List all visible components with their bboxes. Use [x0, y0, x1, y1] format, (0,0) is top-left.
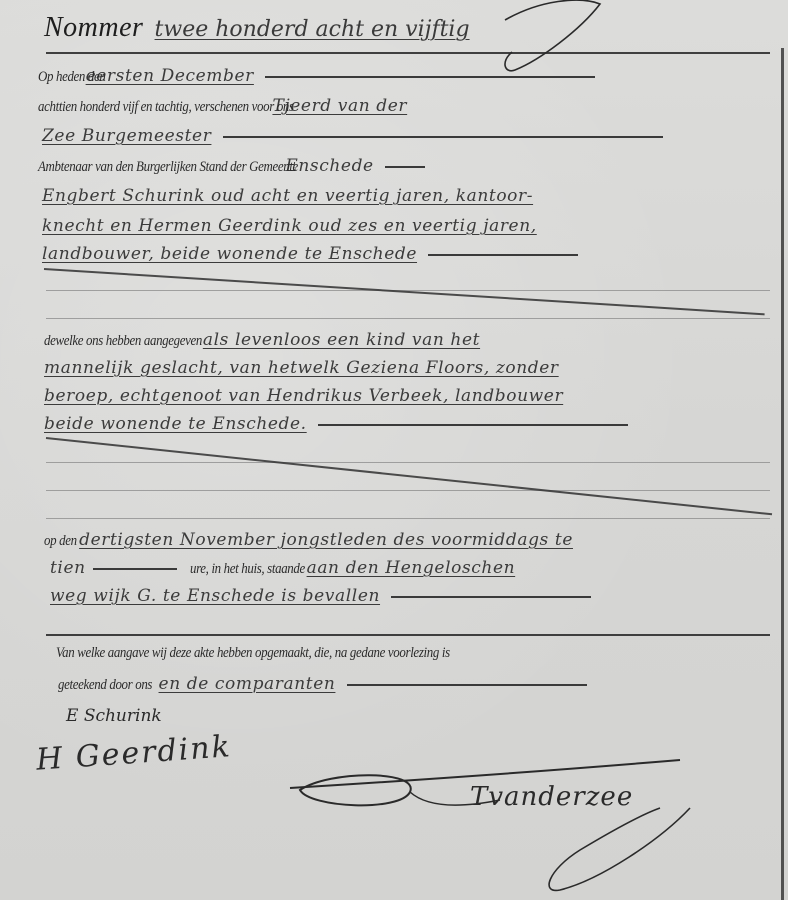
signature-flourish [0, 0, 788, 900]
document-page: Nommer twee honderd acht en vijftig Op h… [0, 0, 788, 900]
